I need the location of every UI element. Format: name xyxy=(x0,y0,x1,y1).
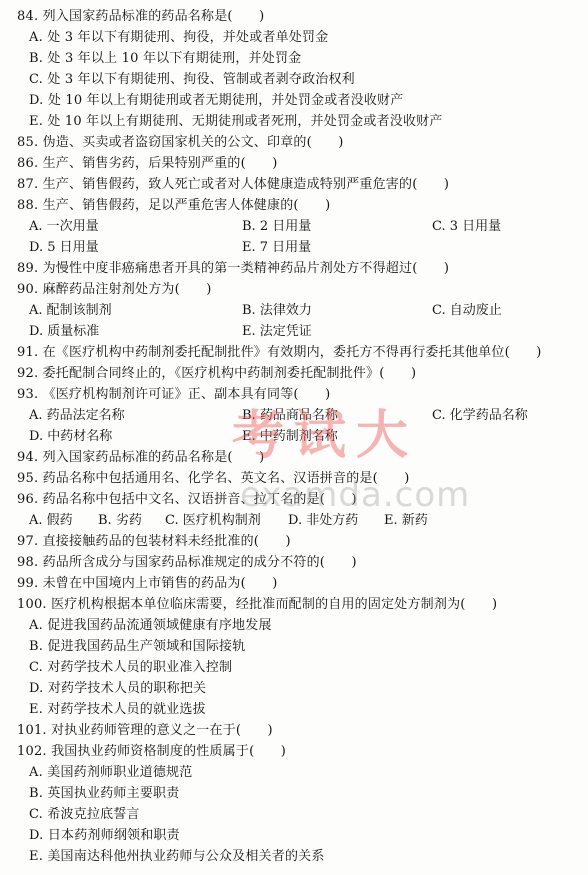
options-96-row: A. 假药 B. 劣药 C. 医疗机构制剂 D. 非处方药 E. 新药 xyxy=(0,510,588,531)
option-100-a: A. 促进我国药品流通领域健康有序地发展 xyxy=(0,615,272,636)
option-102-c: C. 希波克拉底誓言 xyxy=(0,804,140,825)
options-93-row1: A. 药品法定名称 B. 药品商品名称 C. 化学药品名称 xyxy=(0,405,588,426)
option-96-c: C. 医疗机构制剂 xyxy=(165,510,261,531)
options-90-row2: D. 质量标准 E. 法定凭证 xyxy=(0,321,588,342)
option-93-a: A. 药品法定名称 xyxy=(29,405,125,426)
question-97: 97. 直接接触药品的包装材料未经批准的( ) xyxy=(0,531,291,552)
option-93-b: B. 药品商品名称 xyxy=(242,405,338,426)
option-90-c: C. 自动废止 xyxy=(432,300,502,321)
question-90: 90. 麻醉药品注射剂处方为( ) xyxy=(0,279,212,300)
option-93-d: D. 中药材名称 xyxy=(29,426,112,447)
question-95: 95. 药品名称中包括通用名、化学名、英文名、汉语拼音的是( ) xyxy=(0,468,410,489)
option-96-a: A. 假药 xyxy=(29,510,73,531)
option-100-c: C. 对药学技术人员的职业准入控制 xyxy=(0,657,232,678)
option-88-a: A. 一次用量 xyxy=(29,216,99,237)
question-99: 99. 未曾在中国境内上市销售的药品为( ) xyxy=(0,573,278,594)
option-88-c: C. 3 日用量 xyxy=(432,216,501,237)
question-102: 102. 我国执业药师资格制度的性质属于( ) xyxy=(0,741,286,762)
question-100: 100. 医疗机构根据本单位临床需要，经批准而配制的自用的固定处方制剂为( ) xyxy=(0,594,497,615)
option-96-d: D. 非处方药 xyxy=(288,510,358,531)
option-100-e: E. 对药学技术人员的就业选拔 xyxy=(0,699,206,720)
option-100-d: D. 对药学技术人员的职称把关 xyxy=(0,678,206,699)
options-93-row2: D. 中药材名称 E. 中药制剂名称 xyxy=(0,426,588,447)
option-88-d: D. 5 日用量 xyxy=(29,237,99,258)
question-101: 101. 对执业药师管理的意义之一在于( ) xyxy=(0,720,273,741)
question-98: 98. 药品所含成分与国家药品标准规定的成分不符的( ) xyxy=(0,552,357,573)
option-90-a: A. 配制该制剂 xyxy=(29,300,112,321)
document-page: 84. 列入国家药品标准的药品名称是( ) A. 处 3 年以下有期徒刑、拘役，… xyxy=(0,0,588,875)
question-93: 93. 《医疗机构制剂许可证》正、副本具有同等( ) xyxy=(0,384,330,405)
option-84-b: B. 处 3 年以上 10 年以下有期徒刑，并处罚金 xyxy=(0,48,301,69)
options-90-row1: A. 配制该制剂 B. 法律效力 C. 自动废止 xyxy=(0,300,588,321)
option-102-a: A. 美国药剂师职业道德规范 xyxy=(0,762,192,783)
option-102-b: B. 英国执业药师主要职责 xyxy=(0,783,179,804)
options-88-row1: A. 一次用量 B. 2 日用量 C. 3 日用量 xyxy=(0,216,588,237)
option-100-b: B. 促进我国药品生产领域和国际接轨 xyxy=(0,636,245,657)
question-92: 92. 委托配制合同终止的，《医疗机构中药制剂委托配制批件》( ) xyxy=(0,363,416,384)
question-89: 89. 为慢性中度非癌痛患者开具的第一类精神药品片剂处方不得超过( ) xyxy=(0,258,449,279)
option-84-a: A. 处 3 年以下有期徒刑、拘役，并处或者单处罚金 xyxy=(0,27,328,48)
option-102-e: E. 美国南达科他州执业药师与公众及相关者的关系 xyxy=(0,846,325,867)
option-84-d: D. 处 10 年以上有期徒刑或者无期徒刑，并处罚金或者没收财产 xyxy=(0,90,403,111)
option-90-d: D. 质量标准 xyxy=(29,321,99,342)
option-90-e: E. 法定凭证 xyxy=(242,321,312,342)
option-88-b: B. 2 日用量 xyxy=(242,216,311,237)
question-87: 87. 生产、销售假药，致人死亡或者对人体健康造成特别严重危害的( ) xyxy=(0,174,449,195)
option-102-d: D. 日本药剂师纲领和职责 xyxy=(0,825,180,846)
question-94: 94. 列入国家药品标准的药品名称是( ) xyxy=(0,447,264,468)
question-86: 86. 生产、销售劣药，后果特别严重的( ) xyxy=(0,153,278,174)
option-84-e: E. 处 10 年以上有期徒刑、无期徒刑或者死刑，并处罚金或者没收财产 xyxy=(0,111,443,132)
option-88-e: E. 7 日用量 xyxy=(242,237,311,258)
question-84: 84. 列入国家药品标准的药品名称是( ) xyxy=(0,6,264,27)
option-84-c: C. 处 3 年以下有期徒刑、拘役、管制或者剥夺政治权利 xyxy=(0,69,355,90)
option-93-c: C. 化学药品名称 xyxy=(432,405,528,426)
option-90-b: B. 法律效力 xyxy=(242,300,312,321)
option-96-e: E. 新药 xyxy=(384,510,428,531)
option-96-b: B. 劣药 xyxy=(98,510,142,531)
question-91: 91. 在《医疗机构中药制剂委托配制批件》有效期内，委托方不得再行委托其他单位(… xyxy=(0,342,542,363)
option-93-e: E. 中药制剂名称 xyxy=(242,426,338,447)
options-88-row2: D. 5 日用量 E. 7 日用量 xyxy=(0,237,588,258)
question-96: 96. 药品名称中包括中文名、汉语拼音、拉丁名的是( ) xyxy=(0,489,357,510)
question-88: 88. 生产、销售假药，足以严重危害人体健康的( ) xyxy=(0,195,330,216)
question-85: 85. 伪造、买卖或者盗窃国家机关的公文、印章的( ) xyxy=(0,132,344,153)
